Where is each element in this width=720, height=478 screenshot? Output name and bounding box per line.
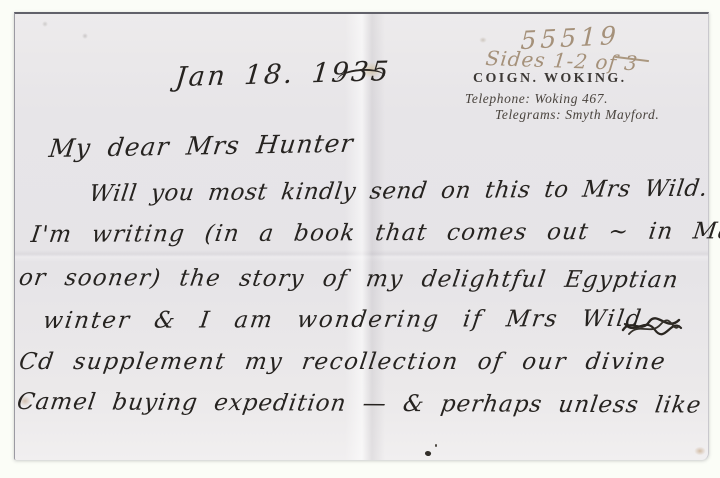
letterhead-telegrams: Telegrams: Smyth Mayford. bbox=[495, 107, 659, 123]
crossed-out-word-scribble bbox=[621, 310, 683, 342]
letterhead-telephone: Telephone: Woking 467. bbox=[465, 91, 608, 107]
ink-speck bbox=[435, 444, 437, 447]
body-line-5: Cd supplement my recollection of our div… bbox=[17, 349, 668, 375]
body-line-4: winter & I am wondering if Mrs Wild bbox=[41, 306, 644, 334]
body-line-2: I'm writing (in a book that comes out ~ … bbox=[29, 218, 720, 248]
salutation: My dear Mrs Hunter bbox=[47, 129, 355, 163]
letterhead-address: COIGN. WOKING. bbox=[473, 71, 627, 87]
body-line-3: or sooner) the story of my delightful Eg… bbox=[17, 265, 680, 293]
body-line-6: Camel buying expedition — & perhaps unle… bbox=[15, 389, 703, 419]
ink-blot bbox=[424, 450, 432, 457]
letter-page: 55519 Sides 1-2 of 3 COIGN. WOKING. Tele… bbox=[14, 12, 709, 460]
body-line-1: Will you most kindly send on this to Mrs… bbox=[88, 176, 710, 207]
